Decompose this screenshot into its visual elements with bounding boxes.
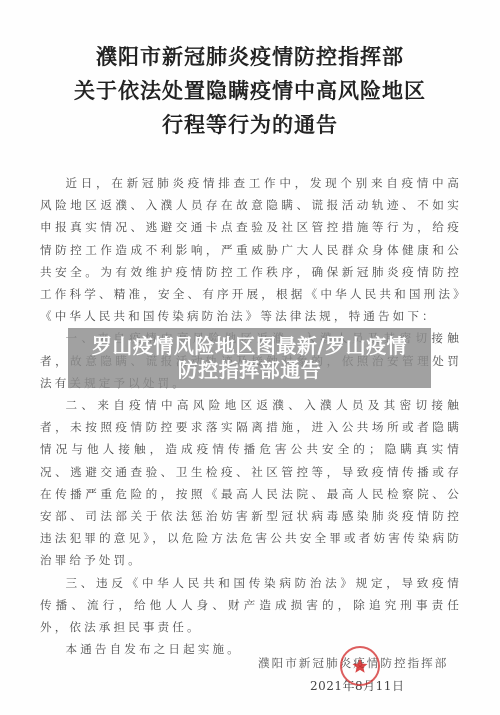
title-line-2: 关于依法处置隐瞒疫情中高风险地区: [0, 74, 500, 108]
banner-line-2: 防控指挥部通告: [178, 358, 322, 382]
overlay-banner: 罗山疫情风险地区图最新/罗山疫情 防控指挥部通告: [68, 328, 431, 388]
title-line-1: 濮阳市新冠肺炎疫情防控指挥部: [0, 40, 500, 74]
paragraph-item-2: 二、来自疫情中高风险地区返濮、入濮人员及其密切接触者，未按照疫情防控要求落实隔离…: [40, 394, 462, 572]
document-title: 濮阳市新冠肺炎疫情防控指挥部 关于依法处置隐瞒疫情中高风险地区 行程等行为的通告: [0, 40, 500, 142]
paragraph-item-3: 三、违反《中华人民共和国传染病防治法》规定，导致疫情传播、流行，给他人人身、财产…: [40, 572, 462, 639]
banner-line-1: 罗山疫情风险地区图最新/罗山疫情: [92, 334, 407, 358]
document-body: 近日，在新冠肺炎疫情排查工作中，发现个别来自疫情中高风险地区返濮、入濮人员存在故…: [40, 172, 462, 660]
document-page: 濮阳市新冠肺炎疫情防控指挥部 关于依法处置隐瞒疫情中高风险地区 行程等行为的通告…: [0, 0, 500, 715]
signature-date: 2021年8月11日: [310, 677, 488, 694]
title-line-3: 行程等行为的通告: [0, 108, 500, 142]
paragraph-intro: 近日，在新冠肺炎疫情排查工作中，发现个别来自疫情中高风险地区返濮、入濮人员存在故…: [40, 172, 462, 327]
star-icon: [351, 657, 369, 675]
official-seal: [340, 646, 380, 686]
